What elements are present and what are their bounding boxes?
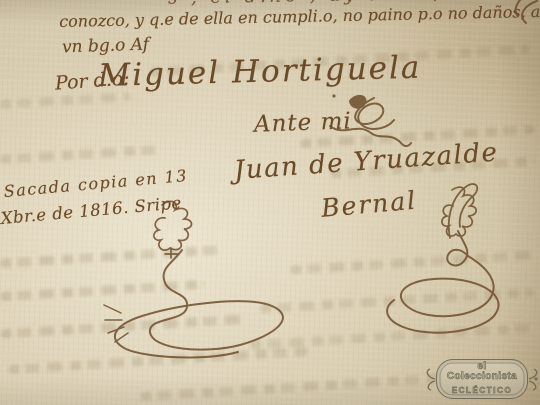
- signature-juan-line2: Bernal: [320, 186, 418, 223]
- bleedthrough-line: [8, 347, 308, 374]
- bleedthrough-line: [260, 288, 535, 314]
- ante-mi: Ante mi: [254, 108, 353, 137]
- bleedthrough-line: [0, 280, 205, 301]
- bleedthrough-line: [0, 315, 245, 339]
- bleedthrough-line: [290, 251, 535, 275]
- watermark-line2: ecléctico: [441, 383, 523, 395]
- bleedthrough-line: [140, 372, 470, 401]
- ante-mi-dot: [332, 94, 335, 97]
- manuscript-photo: s , el d.ho , ay d.ho , s conozco, y q.e…: [0, 0, 540, 405]
- bleedthrough-line: [0, 145, 160, 164]
- watermark-left-curl-icon: [424, 364, 436, 394]
- watermark-right-curl-icon: [528, 364, 540, 394]
- bleedthrough-line: [0, 245, 225, 268]
- ink-blob: [350, 96, 365, 108]
- body-line-vn: vn bg.o Af: [62, 34, 150, 57]
- watermark-line1: el Coleccionista: [441, 362, 523, 382]
- watermark-badge: el Coleccionista ecléctico: [424, 358, 540, 400]
- bleedthrough-line: [250, 323, 535, 349]
- juan-rubric-grapes: [442, 187, 476, 236]
- signature-juan-line1: Juan de Yruazalde: [233, 138, 499, 186]
- bleedthrough-line: [0, 92, 130, 109]
- watermark-frame: el Coleccionista ecléctico: [436, 359, 528, 399]
- signature-miguel-hortiguela: Miguel Hortiguela: [98, 50, 422, 94]
- juan-rubric-loop: [449, 184, 477, 238]
- juan-rubric-swirl: [387, 231, 498, 333]
